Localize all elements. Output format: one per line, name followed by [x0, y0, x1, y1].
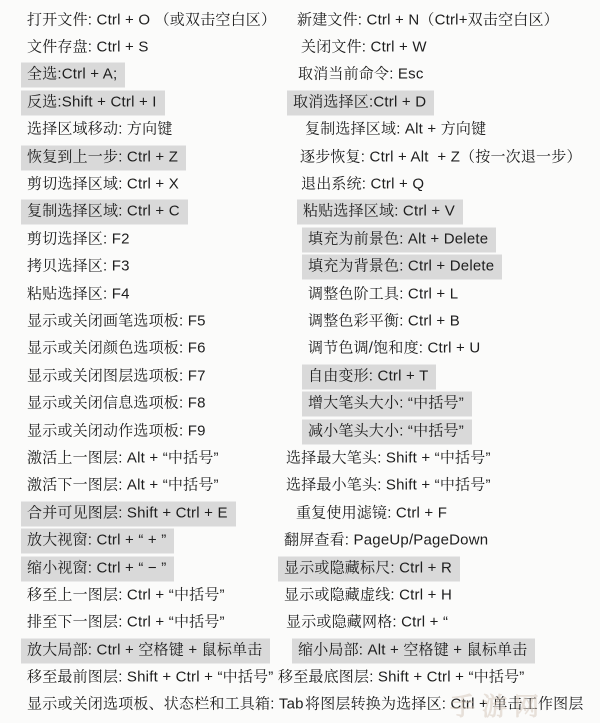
shortcut-row: 激活下一图层: Alt + “中括号”选择最小笔头: Shift + “中括号”: [0, 473, 600, 500]
shortcut-left-cell: 剪切选择区域: Ctrl + X: [21, 173, 187, 198]
shortcut-row: 移至上一图层: Ctrl + “中括号”显示或隐藏虚线: Ctrl + H: [0, 582, 600, 609]
shortcut-left-cell: 文件存盘: Ctrl + S: [21, 36, 157, 61]
shortcut-left-cell: 移至最前图层: Shift + Ctrl + “中括号”: [21, 666, 281, 691]
shortcut-right-cell: 显示或隐藏网格: Ctrl + “: [280, 611, 456, 636]
shortcut-row: 反选:Shift + Ctrl + I取消选择区:Ctrl + D: [0, 89, 600, 116]
shortcut-row: 剪切选择区: F2填充为前景色: Alt + Delete: [0, 226, 600, 253]
shortcut-left-cell: 剪切选择区: F2: [21, 227, 138, 252]
shortcut-row: 选择区域移动: 方向键复制选择区域: Alt + 方向键: [0, 117, 600, 144]
shortcut-cheatsheet: 打开文件: Ctrl + O （或双击空白区）新建文件: Ctrl + N（Ct…: [0, 0, 600, 723]
shortcut-right-cell: 填充为背景色: Ctrl + Delete: [302, 255, 502, 280]
shortcut-right-cell: 调整色彩平衡: Ctrl + B: [302, 309, 468, 334]
shortcut-right-cell: 取消当前命令: Esc: [292, 63, 432, 88]
shortcut-right-cell: 减小笔头大小: “中括号”: [302, 419, 472, 444]
shortcut-row: 显示或关闭信息选项板: F8增大笔头大小: “中括号”: [0, 390, 600, 417]
shortcut-row: 显示或关闭画笔选项板: F5调整色彩平衡: Ctrl + B: [0, 308, 600, 335]
shortcut-right-cell: 逐步恢复: Ctrl + Alt + Z（按一次退一步）: [294, 145, 590, 170]
shortcut-left-cell: 选择区域移动: 方向键: [21, 118, 181, 143]
shortcut-row: 打开文件: Ctrl + O （或双击空白区）新建文件: Ctrl + N（Ct…: [0, 7, 600, 34]
shortcut-left-cell: 拷贝选择区: F3: [21, 255, 138, 280]
shortcut-left-cell: 显示或关闭信息选项板: F8: [21, 392, 214, 417]
shortcut-row: 排至下一图层: Ctrl + “中括号”显示或隐藏网格: Ctrl + “: [0, 610, 600, 637]
shortcut-left-cell: 显示或关闭动作选项板: F9: [21, 419, 214, 444]
shortcut-left-cell: 放大局部: Ctrl + 空格键 + 鼠标单击: [21, 638, 270, 663]
shortcut-left-cell: 显示或关闭颜色选项板: F6: [21, 337, 214, 362]
shortcut-row: 移至最前图层: Shift + Ctrl + “中括号”移至最底图层: Shif…: [0, 664, 600, 691]
shortcut-left-cell: 合并可见图层: Shift + Ctrl + E: [21, 501, 236, 526]
shortcut-left-cell: 激活下一图层: Alt + “中括号”: [21, 474, 227, 499]
shortcut-right-cell: 新建文件: Ctrl + N（Ctrl+双击空白区）: [291, 8, 567, 33]
shortcut-row: 恢复到上一步: Ctrl + Z逐步恢复: Ctrl + Alt + Z（按一次…: [0, 144, 600, 171]
shortcut-left-cell: 打开文件: Ctrl + O （或双击空白区）: [21, 8, 284, 33]
shortcut-left-cell: 全选:Ctrl + A;: [21, 63, 125, 88]
shortcut-right-cell: 填充为前景色: Alt + Delete: [302, 227, 496, 252]
shortcut-row: 合并可见图层: Shift + Ctrl + E重复使用滤镜: Ctrl + F: [0, 500, 600, 527]
shortcut-row: 文件存盘: Ctrl + S关闭文件: Ctrl + W: [0, 34, 600, 61]
shortcut-row: 全选:Ctrl + A;取消当前命令: Esc: [0, 62, 600, 89]
shortcut-row: 激活上一图层: Alt + “中括号”选择最大笔头: Shift + “中括号”: [0, 445, 600, 472]
shortcut-row: 显示或关闭图层选项板: F7自由变形: Ctrl + T: [0, 363, 600, 390]
shortcut-row: 放大视窗: Ctrl + “ + ”翻屏查看: PageUp/PageDown: [0, 527, 600, 554]
shortcut-right-cell: 移至最底图层: Shift + Ctrl + “中括号”: [272, 666, 532, 691]
shortcut-right-cell: 取消选择区:Ctrl + D: [287, 90, 434, 115]
shortcut-right-cell: 增大笔头大小: “中括号”: [302, 392, 472, 417]
shortcut-row: 剪切选择区域: Ctrl + X退出系统: Ctrl + Q: [0, 171, 600, 198]
shortcut-left-cell: 显示或关闭选项板、状态栏和工具箱: Tab: [21, 693, 312, 718]
shortcut-right-cell: 自由变形: Ctrl + T: [302, 364, 436, 389]
shortcut-right-cell: 选择最大笔头: Shift + “中括号”: [280, 446, 499, 471]
shortcut-left-cell: 排至下一图层: Ctrl + “中括号”: [21, 611, 233, 636]
shortcut-row: 缩小视窗: Ctrl + “ − ”显示或隐藏标尺: Ctrl + R: [0, 555, 600, 582]
shortcut-right-cell: 显示或隐藏虚线: Ctrl + H: [278, 583, 460, 608]
shortcut-right-cell: 显示或隐藏标尺: Ctrl + R: [278, 556, 460, 581]
shortcut-row: 复制选择区域: Ctrl + C粘贴选择区域: Ctrl + V: [0, 199, 600, 226]
shortcut-left-cell: 放大视窗: Ctrl + “ + ”: [21, 529, 174, 554]
shortcut-right-cell: 重复使用滤镜: Ctrl + F: [290, 501, 455, 526]
shortcut-left-cell: 恢复到上一步: Ctrl + Z: [21, 145, 186, 170]
shortcut-left-cell: 显示或关闭图层选项板: F7: [21, 364, 214, 389]
shortcut-right-cell: 调节色调/饱和度: Ctrl + U: [302, 337, 488, 362]
shortcut-right-cell: 关闭文件: Ctrl + W: [295, 36, 435, 61]
shortcut-row: 显示或关闭动作选项板: F9减小笔头大小: “中括号”: [0, 418, 600, 445]
shortcut-left-cell: 粘贴选择区: F4: [21, 282, 138, 307]
shortcut-row: 放大局部: Ctrl + 空格键 + 鼠标单击缩小局部: Alt + 空格键 +…: [0, 637, 600, 664]
shortcut-rows: 打开文件: Ctrl + O （或双击空白区）新建文件: Ctrl + N（Ct…: [0, 7, 600, 719]
shortcut-row: 显示或关闭颜色选项板: F6调节色调/饱和度: Ctrl + U: [0, 336, 600, 363]
shortcut-right-cell: 调整色阶工具: Ctrl + L: [302, 282, 466, 307]
shortcut-left-cell: 缩小视窗: Ctrl + “ − ”: [21, 556, 174, 581]
shortcut-row: 显示或关闭选项板、状态栏和工具箱: Tab将图层转换为选择区: Ctrl + 单…: [0, 692, 600, 719]
shortcut-right-cell: 退出系统: Ctrl + Q: [295, 173, 432, 198]
shortcut-row: 拷贝选择区: F3填充为背景色: Ctrl + Delete: [0, 254, 600, 281]
shortcut-left-cell: 反选:Shift + Ctrl + I: [21, 90, 165, 115]
shortcut-right-cell: 缩小局部: Alt + 空格键 + 鼠标单击: [292, 638, 535, 663]
shortcut-row: 粘贴选择区: F4调整色阶工具: Ctrl + L: [0, 281, 600, 308]
shortcut-right-cell: 将图层转换为选择区: Ctrl + 单击工作图层: [299, 693, 592, 718]
shortcut-right-cell: 复制选择区域: Alt + 方向键: [299, 118, 494, 143]
shortcut-right-cell: 翻屏查看: PageUp/PageDown: [278, 529, 496, 554]
shortcut-left-cell: 显示或关闭画笔选项板: F5: [21, 309, 214, 334]
shortcut-left-cell: 移至上一图层: Ctrl + “中括号”: [21, 583, 233, 608]
shortcut-right-cell: 选择最小笔头: Shift + “中括号”: [280, 474, 499, 499]
shortcut-right-cell: 粘贴选择区域: Ctrl + V: [297, 200, 463, 225]
shortcut-left-cell: 复制选择区域: Ctrl + C: [21, 200, 188, 225]
shortcut-left-cell: 激活上一图层: Alt + “中括号”: [21, 446, 227, 471]
